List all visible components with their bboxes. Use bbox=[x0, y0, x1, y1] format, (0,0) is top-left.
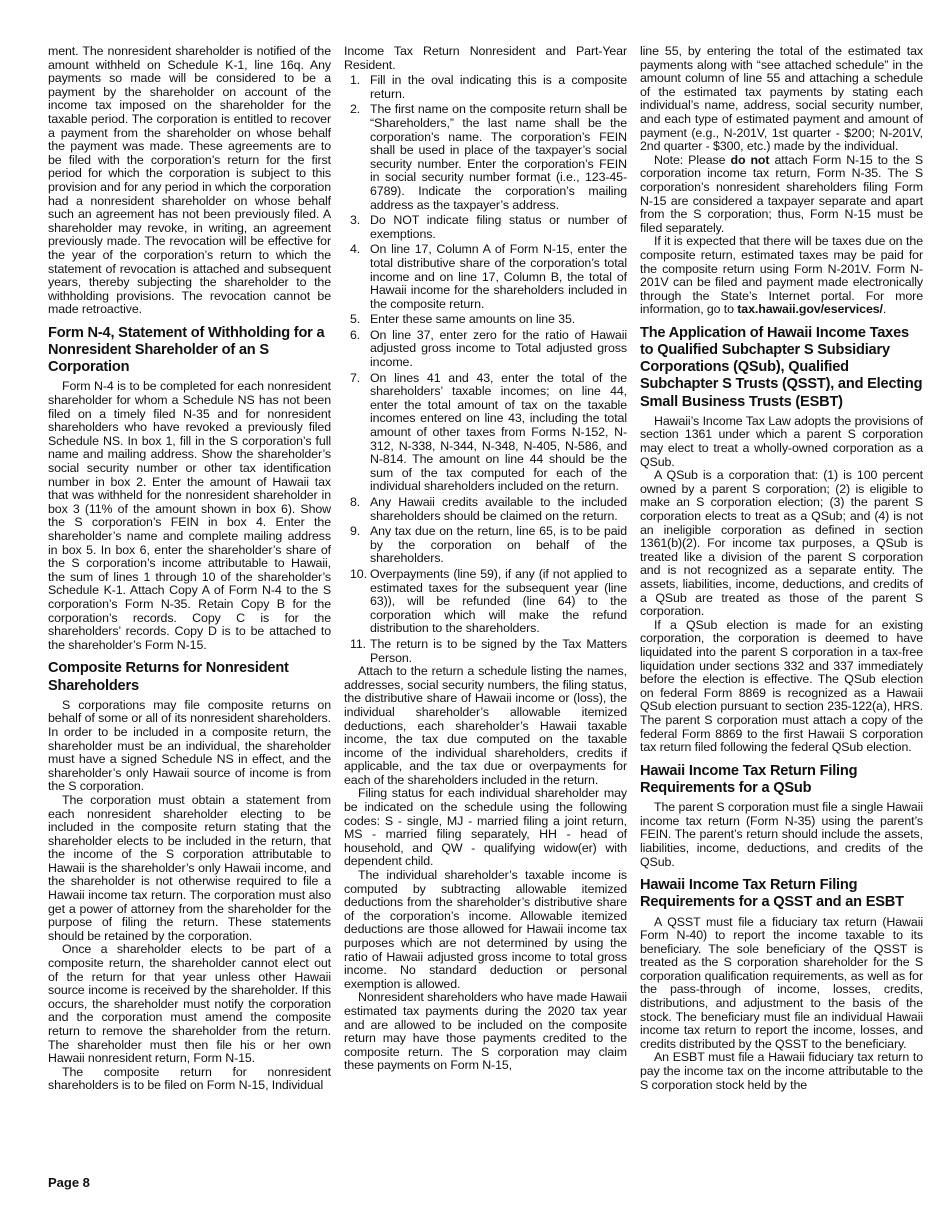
list-number: 9. bbox=[350, 525, 370, 566]
note-paragraph: Note: Please do not attach Form N-15 to … bbox=[640, 154, 923, 236]
list-item: 8. Any Hawaii credits available to the i… bbox=[350, 496, 627, 523]
paragraph: Nonresident shareholders who have made H… bbox=[344, 991, 627, 1073]
paragraph-text-post: . bbox=[883, 302, 886, 316]
paragraph: S corporations may file composite return… bbox=[48, 699, 331, 794]
paragraph: The corporation must obtain a statement … bbox=[48, 794, 331, 944]
paragraph: Income Tax Return Nonresident and Part-Y… bbox=[344, 45, 627, 72]
section-heading-filing-qsub: Hawaii Income Tax Return Filing Requirem… bbox=[640, 763, 923, 797]
list-number: 8. bbox=[350, 496, 370, 523]
list-number: 10. bbox=[350, 568, 370, 636]
list-item: 7. On lines 41 and 43, enter the total o… bbox=[350, 372, 627, 494]
paragraph: The composite return for nonresident sha… bbox=[48, 1066, 331, 1093]
paragraph: An ESBT must file a Hawaii fiduciary tax… bbox=[640, 1051, 923, 1092]
list-item: 4. On line 17, Column A of Form N-15, en… bbox=[350, 243, 627, 311]
list-item: 9. Any tax due on the return, line 65, i… bbox=[350, 525, 627, 566]
column-1: ment. The nonresident shareholder is not… bbox=[48, 45, 331, 1093]
list-number: 3. bbox=[350, 214, 370, 241]
list-item-text: Enter these same amounts on line 35. bbox=[370, 313, 627, 327]
column-2: Income Tax Return Nonresident and Part-Y… bbox=[344, 45, 627, 1093]
paragraph: The parent S corporation must file a sin… bbox=[640, 801, 923, 869]
list-item-text: On line 37, enter zero for the ratio of … bbox=[370, 329, 627, 370]
list-item-text: The return is to be signed by the Tax Ma… bbox=[370, 638, 627, 665]
paragraph: If it is expected that there will be tax… bbox=[640, 235, 923, 317]
numbered-list: 1. Fill in the oval indicating this is a… bbox=[350, 74, 627, 665]
paragraph: ment. The nonresident shareholder is not… bbox=[48, 45, 331, 317]
list-number: 4. bbox=[350, 243, 370, 311]
list-item: 11. The return is to be signed by the Ta… bbox=[350, 638, 627, 665]
page-number: Page 8 bbox=[48, 1175, 90, 1190]
paragraph: Once a shareholder elects to be part of … bbox=[48, 943, 331, 1065]
note-text-pre: Note: Please bbox=[654, 153, 730, 167]
list-item-text: Any tax due on the return, line 65, is t… bbox=[370, 525, 627, 566]
section-heading-form-n4: Form N-4, Statement of Withholding for a… bbox=[48, 325, 331, 377]
section-heading-application-qsub: The Application of Hawaii Income Taxes t… bbox=[640, 325, 923, 411]
list-item-text: Do NOT indicate filing status or number … bbox=[370, 214, 627, 241]
section-heading-filing-qsst-esbt: Hawaii Income Tax Return Filing Requirem… bbox=[640, 877, 923, 911]
list-item-text: Overpayments (line 59), if any (if not a… bbox=[370, 568, 627, 636]
column-3: line 55, by entering the total of the es… bbox=[640, 45, 923, 1093]
list-number: 5. bbox=[350, 313, 370, 327]
paragraph: A QSST must file a fiduciary tax return … bbox=[640, 916, 923, 1052]
list-number: 7. bbox=[350, 372, 370, 494]
paragraph: Hawaii’s Income Tax Law adopts the provi… bbox=[640, 415, 923, 469]
list-item: 3. Do NOT indicate filing status or numb… bbox=[350, 214, 627, 241]
list-number: 2. bbox=[350, 103, 370, 212]
list-item-text: On lines 41 and 43, enter the total of t… bbox=[370, 372, 627, 494]
paragraph: The individual shareholder’s taxable inc… bbox=[344, 869, 627, 991]
list-item: 6. On line 37, enter zero for the ratio … bbox=[350, 329, 627, 370]
paragraph: line 55, by entering the total of the es… bbox=[640, 45, 923, 154]
list-item-text: Any Hawaii credits available to the incl… bbox=[370, 496, 627, 523]
list-item-text: Fill in the oval indicating this is a co… bbox=[370, 74, 627, 101]
list-number: 11. bbox=[350, 638, 370, 665]
list-item: 1. Fill in the oval indicating this is a… bbox=[350, 74, 627, 101]
list-item-text: The first name on the composite return s… bbox=[370, 103, 627, 212]
list-item: 2. The first name on the composite retur… bbox=[350, 103, 627, 212]
list-number: 1. bbox=[350, 74, 370, 101]
section-heading-composite-returns: Composite Returns for Nonresident Shareh… bbox=[48, 660, 331, 694]
paragraph: A QSub is a corporation that: (1) is 100… bbox=[640, 469, 923, 619]
paragraph: If a QSub election is made for an existi… bbox=[640, 619, 923, 755]
list-number: 6. bbox=[350, 329, 370, 370]
list-item-text: On line 17, Column A of Form N-15, enter… bbox=[370, 243, 627, 311]
note-text-bold: do not bbox=[730, 153, 769, 167]
list-item: 5. Enter these same amounts on line 35. bbox=[350, 313, 627, 327]
paragraph: Filing status for each individual shareh… bbox=[344, 787, 627, 869]
page-content: ment. The nonresident shareholder is not… bbox=[48, 45, 924, 1093]
paragraph: Form N-4 is to be completed for each non… bbox=[48, 380, 331, 652]
document-page: ment. The nonresident shareholder is not… bbox=[0, 0, 950, 1230]
paragraph: Attach to the return a schedule listing … bbox=[344, 665, 627, 787]
list-item: 10. Overpayments (line 59), if any (if n… bbox=[350, 568, 627, 636]
eservices-url: tax.hawaii.gov/eservices/ bbox=[737, 302, 883, 316]
